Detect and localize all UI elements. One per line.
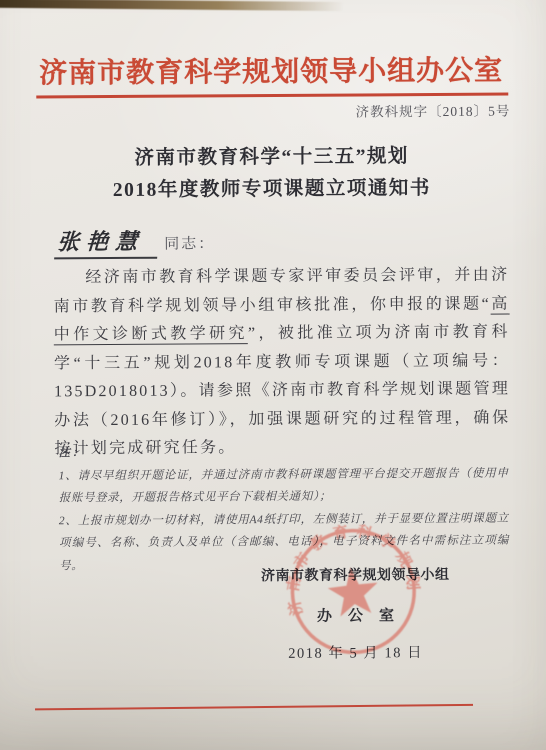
signature-block: 济南市教育科学规划领导小组 办公室 2018 年 5 月 18 日 bbox=[253, 564, 458, 663]
signature-date: 2018 年 5 月 18 日 bbox=[254, 641, 458, 663]
body-text-part1: 经济南市教育科学课题专家评审委员会评审，并由济南市教育科学规划领导小组审核批准，… bbox=[54, 267, 510, 315]
signature-organization: 济南市教育科学规划领导小组 bbox=[253, 564, 457, 585]
salutation: 张艳慧同志： bbox=[55, 224, 215, 259]
document-number: 济教科规字〔2018〕5号 bbox=[356, 100, 511, 121]
body-paragraph: 经济南市教育科学课题专家评审委员会评审，并由济南市教育科学规划领导小组审核批准，… bbox=[53, 262, 510, 464]
document-page: 济南市教育科学规划领导小组办公室 济教科规字〔2018〕5号 济南市教育科学“十… bbox=[0, 0, 546, 750]
notice-title-line1: 济南市教育科学“十三五”规划 bbox=[0, 139, 545, 170]
signature-office: 办公室 bbox=[253, 604, 457, 626]
recipient-handwritten-name: 张艳慧 bbox=[54, 225, 159, 260]
notice-title-line2: 2018年度教师专项课题立项通知书 bbox=[0, 171, 545, 202]
issuing-office-title: 济南市教育科学规划领导小组办公室 bbox=[0, 48, 544, 91]
photo-edge-shadow bbox=[0, 0, 344, 11]
scanned-document-photo: 济南市教育科学规划领导小组办公室 济教科规字〔2018〕5号 济南市教育科学“十… bbox=[0, 0, 546, 750]
note-item-1: 1、请尽早组织开题论证，并通过济南市教科研课题管理平台提交开题报告（使用申报账号… bbox=[59, 462, 509, 510]
salutation-suffix: 同志： bbox=[164, 236, 215, 252]
footer-red-rule bbox=[35, 704, 473, 711]
notes-label: 注： bbox=[58, 440, 508, 465]
notes-section: 注： 1、请尽早组织开题论证，并通过济南市教科研课题管理平台提交开题报告（使用申… bbox=[58, 440, 509, 578]
header-divider-rule bbox=[36, 93, 508, 99]
